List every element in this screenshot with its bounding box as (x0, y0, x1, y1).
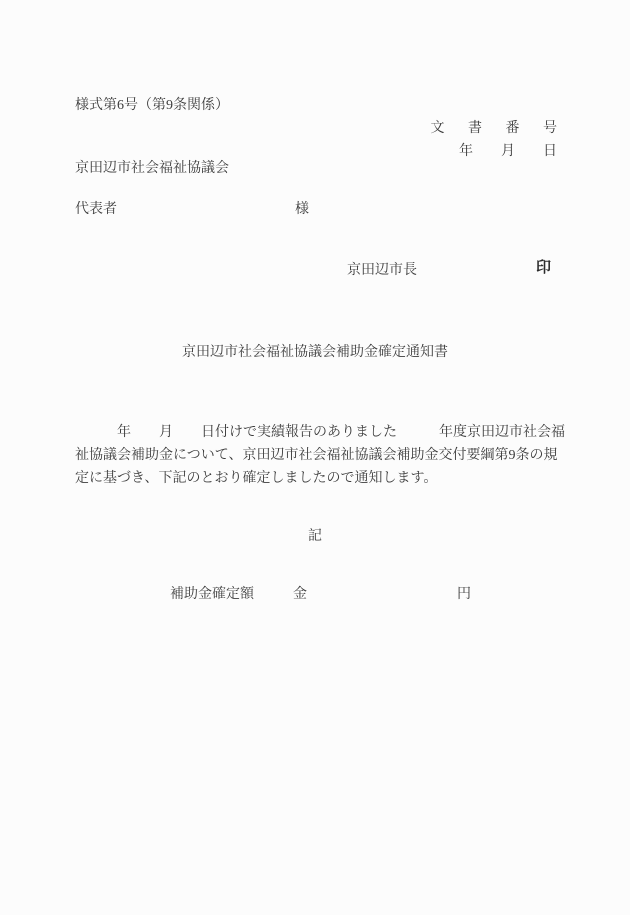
body-line-3: 定に基づき、下記のとおり確定しましたので通知します。 (75, 467, 567, 490)
form-number: 様式第6号（第9条関係） (75, 97, 229, 114)
date-line: 年 月 日 (459, 143, 557, 160)
recipient-honorific: 様 (295, 201, 309, 218)
body-line-1: 年 月 日付けで実績報告のありました 年度京田辺市社会福 (75, 421, 567, 444)
body-line-2: 祉協議会補助金について、京田辺市社会福祉協議会補助金交付要綱第9条の規 (75, 444, 567, 467)
doc-number-label: 文 書 番 号 (431, 120, 568, 137)
record-marker: 記 (0, 528, 630, 545)
document-title: 京田辺市社会福祉協議会補助金確定通知書 (0, 344, 630, 361)
sender-title: 京田辺市長 (347, 262, 417, 279)
recipient-organization: 京田辺市社会福祉協議会 (75, 160, 229, 177)
document-page: 様式第6号（第9条関係） 文 書 番 号 年 月 日 京田辺市社会福祉協議会 代… (0, 0, 630, 915)
amount-currency-suffix: 円 (457, 586, 471, 603)
seal-mark: 印 (536, 260, 551, 277)
amount-currency-prefix: 金 (293, 586, 307, 603)
amount-label: 補助金確定額 (170, 586, 254, 603)
recipient-role: 代表者 (75, 201, 117, 218)
